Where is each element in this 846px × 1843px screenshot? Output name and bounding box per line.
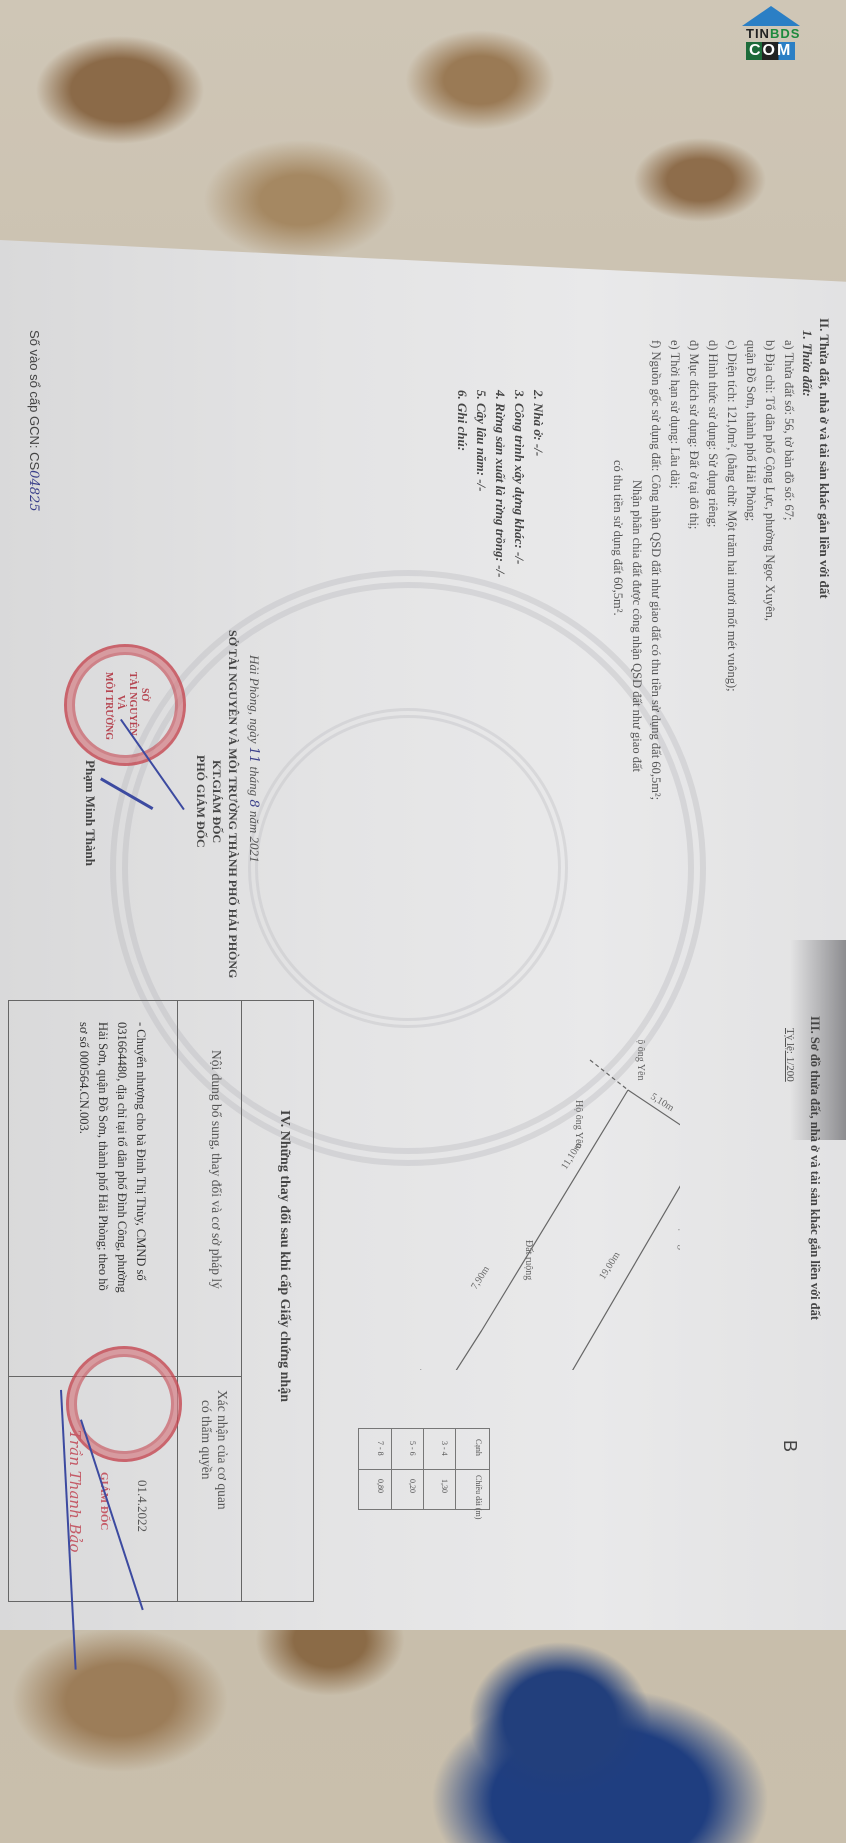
house-roof-icon xyxy=(742,6,800,26)
notes-item: 6. Ghi chú: xyxy=(453,390,472,578)
confirmation-column-header-2: có thẩm quyền xyxy=(198,1400,214,1479)
changes-table xyxy=(8,1000,314,1602)
usage-term-line: e) Thời hạn sử dụng: Lâu dài; xyxy=(665,340,684,800)
register-number: Số vào sổ cấp GCN: CS04825 xyxy=(26,330,42,512)
section-2-parcel-subheading: 1. Thửa đất: xyxy=(799,330,815,397)
address-line-2: quận Đồ Sơn, thành phố Hải Phòng; xyxy=(741,340,760,800)
kt-director: KT.GIÁM ĐỐC xyxy=(209,760,224,843)
edge-length-table: Cạnh Chiều dài (m) 3 - 4 1,30 5 - 6 0,20… xyxy=(358,1428,490,1510)
section-3-heading: III. Sơ đồ thửa đất, nhà ở và tài sản kh… xyxy=(807,1016,822,1320)
section-4-heading: IV. Những thay đổi sau khi cấp Giấy chứn… xyxy=(276,1110,292,1402)
other-assets-list: 2. Nhà ở: -/- 3. Công trình xây dựng khá… xyxy=(453,390,548,578)
area-line: c) Diện tích: 121,0m², (bằng chữ: Một tr… xyxy=(722,340,741,800)
issuing-agency: SỞ TÀI NGUYÊN VÀ MÔI TRƯỜNG THÀNH PHỐ HẢ… xyxy=(225,630,240,978)
origin-line: f) Nguồn gốc sử dụng đất: Công nhận QSD … xyxy=(646,340,665,800)
parcel-sketch: 5,10m 11,10m 7,90m 19,00m 5,10m Hộ ông Y… xyxy=(380,1040,680,1370)
neighbor-label: Đất ruộng xyxy=(523,1240,534,1280)
issue-month: 8 xyxy=(246,799,261,807)
construction-item: 3. Công trình xây dựng khác: -/- xyxy=(510,390,529,578)
neighbor-label: Hộ ông Sơn xyxy=(677,1220,680,1268)
edge-label: 5,10m xyxy=(648,1091,675,1114)
origin-line-3: có thu tiền sử dụng đất 60,5m². xyxy=(608,340,627,800)
signer-name: Phạm Minh Thành xyxy=(82,760,98,866)
edge-label: 7,90m xyxy=(469,1264,492,1291)
tinbds-watermark-logo: TINBDS COM xyxy=(742,6,800,64)
map-scale: Tỷ lệ: 1/200 xyxy=(784,1028,796,1082)
logo-text-top: TIN xyxy=(746,26,770,41)
stamp-text: SỞ xyxy=(139,688,150,701)
neighbor-label: Hộ ông Yên xyxy=(573,1100,584,1149)
issue-day: 11 xyxy=(246,747,261,764)
confirmation-date: 01.4.2022 xyxy=(134,1480,150,1532)
parcel-number-line: a) Thửa đất số: 56, tờ bản đồ số: 67; xyxy=(779,340,798,800)
parcel-details: a) Thửa đất số: 56, tờ bản đồ số: 67; b)… xyxy=(608,340,798,800)
usage-form-line: d) Hình thức sử dụng: Sử dụng riêng; xyxy=(703,340,722,800)
changes-column-header: Nội dung bổ sung, thay đổi và cơ sở pháp… xyxy=(208,1050,224,1289)
origin-line-2: Nhận phân chia đất được công nhận QSD đấ… xyxy=(627,340,646,800)
page-corner-letter: B xyxy=(779,1440,800,1452)
confirmation-column-header: Xác nhận của cơ quan xyxy=(214,1390,230,1510)
forest-item: 4. Rừng sản xuất là rừng trồng: -/- xyxy=(491,390,510,578)
section-2-heading: II. Thửa đất, nhà ở và tài sản khác gắn … xyxy=(816,318,832,599)
deputy-director-title: PHÓ GIÁM ĐỐC xyxy=(193,755,208,848)
usage-purpose-line: đ) Mục đích sử dụng: Đất ở tại đô thị; xyxy=(684,340,703,800)
neighbor-label: Hộ ông Yên xyxy=(635,1040,646,1081)
house-item: 2. Nhà ở: -/- xyxy=(529,390,548,578)
register-handwritten-number: 04825 xyxy=(26,470,41,511)
address-line: b) Địa chỉ: Tổ dân phố Cộng Lực, phường … xyxy=(760,340,779,800)
edge-label: 19,00m xyxy=(597,1250,622,1282)
logo-text-bottom: COM xyxy=(746,42,795,60)
perennial-item: 5. Cây lâu năm: -/- xyxy=(472,390,491,578)
issue-date: Hải Phòng, ngày 11 tháng 8 năm 2021 xyxy=(246,655,262,863)
transfer-entry: - Chuyển nhượng cho bà Đinh Thị Thùy, CM… xyxy=(74,1022,150,1293)
logo-text-accent: BDS xyxy=(770,26,800,41)
